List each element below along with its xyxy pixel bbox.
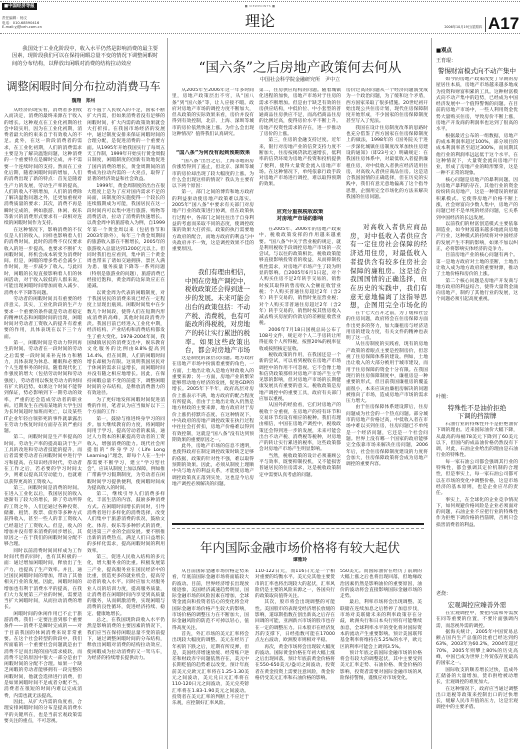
article-column-segment: 在十七大召开之前，为了缓和社会的住房问题，政府将会在住房保障方面作出更多的努力，…	[346, 311, 428, 520]
paragraph: 第二，住房供应结构的问题。随着城镇化进程的加快，房地产市场对于住房的需求不断增加…	[259, 88, 341, 138]
paragraph: 国际收支的顺差增长过快，造成外汇储备的大量增加，货币供给被动增长，宏观调控的难度…	[436, 668, 518, 687]
paragraph: 第一，部门之间的博弈和地方政府的利益驱动使房地产政策难以落实。2005年“国八条…	[172, 190, 254, 253]
paragraph: 在2005年、2006年的房地产政策中，税收政策发挥的作用越来越重要。“国八条”…	[259, 227, 341, 328]
paragraph: 110-122日元，而116日元是一个相对重要的均衡水平。美元兑其他主要货币的汇…	[255, 569, 335, 600]
paragraph: 2006年7月18日国税总局公布了108号文件，规定对个人二手房转让所得征收个人…	[259, 328, 341, 353]
page-number: A17	[488, 15, 519, 33]
subheading-line: 对房地产市场的影响	[259, 216, 341, 223]
section-dashed-rule	[172, 528, 424, 529]
paragraph: 根据最近公布的一组数据，房地产的成本利润率超过100%，部分项目的成本利润率甚至…	[436, 134, 518, 178]
header-separator	[485, 17, 486, 32]
opinion-author: 王育琨：	[436, 58, 456, 65]
issue-date: 2006年10月19日/星期四	[410, 25, 482, 29]
section-title: 理论	[220, 13, 300, 30]
paragraph: 事实上，在全球化的企业竞争情况下，如何规避价格风险是企业必须面对的问题，石油企业…	[436, 498, 518, 529]
editor-email: E-mail:yj@ceh.com.cn	[2, 25, 42, 30]
article-byline: 中国社会科学院金融研究所 尹中立	[172, 77, 428, 83]
article-byline: 谭雅玲	[172, 558, 428, 564]
paragraph: 预计年底之前国际金融市场的价格将会有较大的调整起伏，其中主要受到美元汇率走势、石…	[340, 651, 422, 682]
paragraph: 同时以前消费时间同样成为工作时间代替的同时，也有其积极的一面：通过增加闲暇时间，…	[4, 549, 82, 612]
paragraph: 再次，黄金市场将会出现较大幅度的波动。国际黄金价格在年初大幅上涨之后出现回落，预…	[255, 645, 335, 683]
article-column-segment: 从2005年至2006年这一年多时间里，房地产政策层出不穷，从“国八条”到“国六…	[172, 88, 254, 150]
top-dotted-rule	[0, 1, 520, 2]
paragraph: 由于住房保障体系建设滞后，住房问题成为社会的一个热点问题。部分城市的房地产价格过…	[346, 405, 428, 468]
subheading-line: 应充分重视税收政策	[259, 209, 341, 216]
paragraph: 每一家石油公司都会强调其行业的特殊性，都会强调其定价机制的合理性，但是事实上，每…	[436, 460, 518, 498]
paragraph: 我国在设计住房制度改革的思路时也充分借鉴了西方国家在住房保障制度上的做法，199…	[346, 126, 428, 202]
paragraph: 据海关统计，2005年中国贸易总额占国内生产总值的比重已经达到约63%，2003…	[436, 630, 518, 668]
paragraph: 第一，闲暇时间是劳动力得到再生的时间。劳动者在一段时间的劳动之后需要一段时间来补…	[4, 341, 82, 435]
paragraph: 房价过高的问题从一个经济问题演变成为一个政治问题，为了缓和这个矛盾，西方国家采取…	[346, 88, 428, 126]
article-column: 从经济的现实看，消费者多由收入而决定，消费的最终来源在于收入的增长。这种观点在工…	[4, 108, 82, 748]
paragraph: 核心问题是房地产的暴利问题。因为房地产暴利的存在，其他行业的资金纷纷转向房地产，…	[436, 178, 518, 222]
paragraph: 此外，房地产市场的信息不透明，也使得政府在制定调控政策时缺乏足够的依据，政策的针…	[172, 444, 254, 488]
column-divider-right	[431, 38, 432, 749]
opinion-body: 在宏观调控中，要把内需和外需放在同等重要的位置，不要片面强调内需，而忽视外需的调…	[436, 611, 518, 747]
opinion-title-line: 下调的挡箭牌	[436, 412, 518, 420]
article-byline: 魏翔 郑州	[2, 99, 165, 105]
paragraph: 1999年，黄金周制度的出台在很大程度上是为了应对国内需求不足的局面，该制度的实…	[87, 184, 165, 291]
paragraph: 总之，在我国现阶段收入水平仍然是影响消费的主要因素的情况下，我们应当在保持闲暇总…	[87, 618, 165, 662]
opinion-author: 叶檀：	[436, 394, 451, 401]
paragraph: 第二，继续引导人们消费多样化，丰富生活的内容，鼓励多种消费方式。在闲暇时间增长的…	[87, 492, 165, 555]
paragraph: 这是制度的深层次问题。地方政府在房地产市场中扮演着重要的角色，一方面，土地出让收…	[172, 356, 254, 444]
paragraph: 以前我们的财富创造模式主要依靠制造业，如今财富越来越多地流向房地产行业，这种模式…	[436, 222, 518, 253]
paragraph: 首先，外汇市场的美元汇率将会出现较大幅度的调整。美元在经历了年初的下跌之后，近期…	[172, 632, 249, 708]
paragraph: 其次，股市将会出现调整的可能性。美国股市的表现受经济增长放缓的影响，道琼斯指数在…	[255, 600, 335, 644]
paragraph: 税收政策的作用，在我国还是一个新的尝试，可以看到税收在房地产市场调控中的作用不可…	[259, 353, 341, 403]
opinion-author: 老烧：	[436, 591, 451, 598]
article-column: 550美元。而国际油价在经历了前期的大幅上涨之后也将出现回落，但地缘政治因素仍然…	[340, 569, 422, 747]
article-column-segment: 第二，住房供应结构的问题。随着城镇化进程的加快，房地产市场对于住房的需求不断增加…	[259, 88, 341, 208]
opinion-body: 石油行业的特殊性并不是拒绝油价下调的理由。近来国际油价大幅下降，从最高的每桶78…	[436, 422, 518, 586]
pull-quote: 我们有理由相信，中国在房地产调控中，税收政策还会得到进一步的发展。未来可能会出台…	[185, 268, 250, 354]
paragraph: 如今的房地产政策改变了早期的房屋居住本质，房地产市场越来越多地成为投资和财富积累…	[436, 77, 518, 134]
paragraph: 当然，税收政策的设计必须兼顾公平与效率，既要抑制投机，又不能损害普通居民的住房需…	[259, 454, 341, 479]
paragraph: 从2005年至2006年这一年多时间里，房地产政策层出不穷，从“国八条”到“国六…	[172, 88, 254, 138]
section-rule	[172, 523, 424, 525]
section-tag: ■ VIEWPOINTS ■	[220, 4, 300, 8]
opinion-title-line: 特殊性不是油价拒绝	[436, 404, 518, 412]
paragraph: 第二个核心问题是房地产开发商与地方政府的利益结合，使得大量资金涌向房地产，制约了…	[436, 279, 518, 304]
article-column-segment: 在2005年、2006年的房地产政策中，税收政策发挥的作用越来越重要。“国八条”…	[259, 227, 341, 520]
paragraph: 第三，闲暇时间是消费的时间。在进入工业化以后，我国居民的收入逐渐有了较大的增长，…	[4, 486, 82, 549]
paragraph: 从住房制度的实践看，现有的房地产政策的着眼点主要是控制房价，但忽视了住房保障体系…	[346, 342, 428, 405]
article-subheading: “国八条”为何没有起到预期效果	[172, 150, 254, 157]
article-headline: 调整闲暇时间分布拉动消费马车	[2, 81, 165, 93]
paragraph: 从目前国际金融市场价格走势来看，年底前国际金融市场将面临较大的波动。目前，世界经…	[172, 569, 249, 632]
paragraph: 闲暇时间的休闲作用已不止于旅游消费。我们一定要注意到那个重要条件——消费不是瞬时…	[4, 612, 82, 700]
article-column: 若不遏于人民收入的不足，国家不断扩大内需，但如果消费者没有足够的闲暇时间，扩大内…	[87, 108, 165, 748]
article-headline: 年内国际金融市场价格将有较大起伏	[172, 541, 428, 555]
article-column: 110-122日元，而116日元是一个相对重要的均衡水平。美元兑其他主要货币的汇…	[255, 569, 335, 747]
editor-info: 责任编辑：杨文 电话：010-68590416 E-mail:yj@ceh.co…	[2, 16, 42, 30]
paragraph: 第三，促进人民收入结构的多元化，增大服务业的比重。积极发展第三产业，提高服务业在…	[87, 555, 165, 618]
opinion-title: 特殊性不是油价拒绝 下调的挡箭牌	[436, 404, 518, 420]
article-column-segment: 这是制度的深层次问题。地方政府在房地产市场中扮演着重要的角色，一方面，土地出让收…	[172, 356, 254, 520]
article-column-segment: “国八条”出台之后，上海等地的房价涨势得到了遏止，但北京、深圳等城市的房价却出现…	[172, 159, 254, 266]
newspaper-logo: ■中国经济导报	[2, 3, 37, 10]
paragraph: 在宏观调控中，要把内需和外需放在同等重要的位置，不要片面强调内需，而忽视外需的调…	[436, 611, 518, 630]
paragraph: 为了更好地发挥闲暇时间促进消费的作用，笔者认为应当做好以下三个方面的工作：	[87, 398, 165, 417]
sidebar-section-label: ■观点	[436, 48, 452, 55]
paragraph: 以黄金周为代表的闲暇制度，对于我国居民的消费来说已经在一定程度上显现出瓶颈。闲暇…	[87, 291, 165, 398]
paragraph: 第一，鼓励与推进终身学习的同步。加大继续教育的力度，将闲暇时间用于学习，提高劳动…	[87, 417, 165, 493]
paragraph: 在这种情况下，影响消费的不仅仅是人们的收入，同样也影响着人们的消费时间。此时的消…	[4, 228, 82, 297]
paragraph: 在这种情况下，政府应当通过调整出口退税等政策来控制出口的过快增长，缓解人民币升值…	[436, 687, 518, 712]
article-column-segment: 房价过高的问题从一个经济问题演变成为一个政治问题，为了缓和这个矛盾，西方国家采取…	[346, 88, 428, 220]
article-column: 从目前国际金融市场价格走势来看，年底前国际金融市场将面临较大的波动。目前，世界经…	[172, 569, 249, 747]
pull-quote: 对高收入者供应商品房，对中低收入者供应含有一定住房社会保障的经济适用住房，对最低…	[350, 223, 427, 309]
header-dotted-rule	[0, 33, 520, 34]
opinion-title: 警惕财富模式向不动产集中	[436, 67, 518, 75]
paragraph: 因此，从扩大内需的角度看，合理安排闲暇时间的分布是提高消费水平的关键所在，也是当…	[4, 700, 82, 725]
paragraph: 从经济的现实看，消费者多由收入而决定，消费的最终来源在于收入的增长。这种观点在工…	[4, 108, 82, 228]
opinion-body: 如今的房地产政策改变了早期的房屋居住本质，房地产市场越来越多地成为投资和财富积累…	[436, 77, 518, 391]
paragraph: 550美元。而国际油价在经历了前期的大幅上涨之后也将出现回落，但地缘政治因素仍然…	[340, 569, 422, 600]
article-subheading: 应充分重视税收政策 对房地产市场的影响	[259, 209, 341, 223]
article-lead: 我国处于工业化阶段中，收入水平仍然是影响消费的最主要因素，现阶段我们可以在保持闲…	[12, 46, 158, 68]
paragraph: 石油行业的特殊性并不是拒绝油价下调的理由。近来国际油价大幅下降，从最高的每桶78…	[436, 422, 518, 460]
article-headline: “国六条”之后房地产政策何去何从	[172, 61, 428, 76]
paragraph: 第二，闲暇时间是生产率提高的时间。劳动生产率的提高取决于生产工具的改进和劳动者技…	[4, 435, 82, 485]
column-divider-left	[167, 38, 168, 749]
paragraph: 若不遏于人民收入的不足，国家不断扩大内需，但如果消费者没有足够的闲暇时间，扩大内…	[87, 108, 165, 184]
paragraph: 从国外的经验看，它们对房地产的税收十分重视，在房地产的持有环节和交易环节均设有相…	[259, 403, 341, 453]
paragraph: 最后，利率市场将会出现调整。美联储在连续加息之后暂停了加息步伐，市场对美联储未来…	[340, 600, 422, 650]
paragraph: 劳动者的闲暇时间具有重要的经济意义。其实，工业化阶段的生产力要求一个重要的条件就…	[4, 297, 82, 341]
paragraph: “国八条”出台之后，上海等地的房价涨势得到了遏止，但北京、深圳等城市的房价却出现…	[172, 159, 254, 190]
paragraph: 在十七大召开之前，为了缓和社会的住房问题，政府将会在住房保障方面作出更多的努力，…	[346, 311, 428, 342]
paragraph: 目前房地产业的核心问题有两个。第一是地方政府对土地的垄断，土地出让收入成为地方政…	[436, 253, 518, 278]
opinion-title: 宏观调控应臻善外需	[436, 601, 518, 609]
paragraph: 第三，住房的金融支持过度。近年来，银行对房地产业的信贷支持力度不断加大，住房按揭…	[259, 138, 341, 188]
